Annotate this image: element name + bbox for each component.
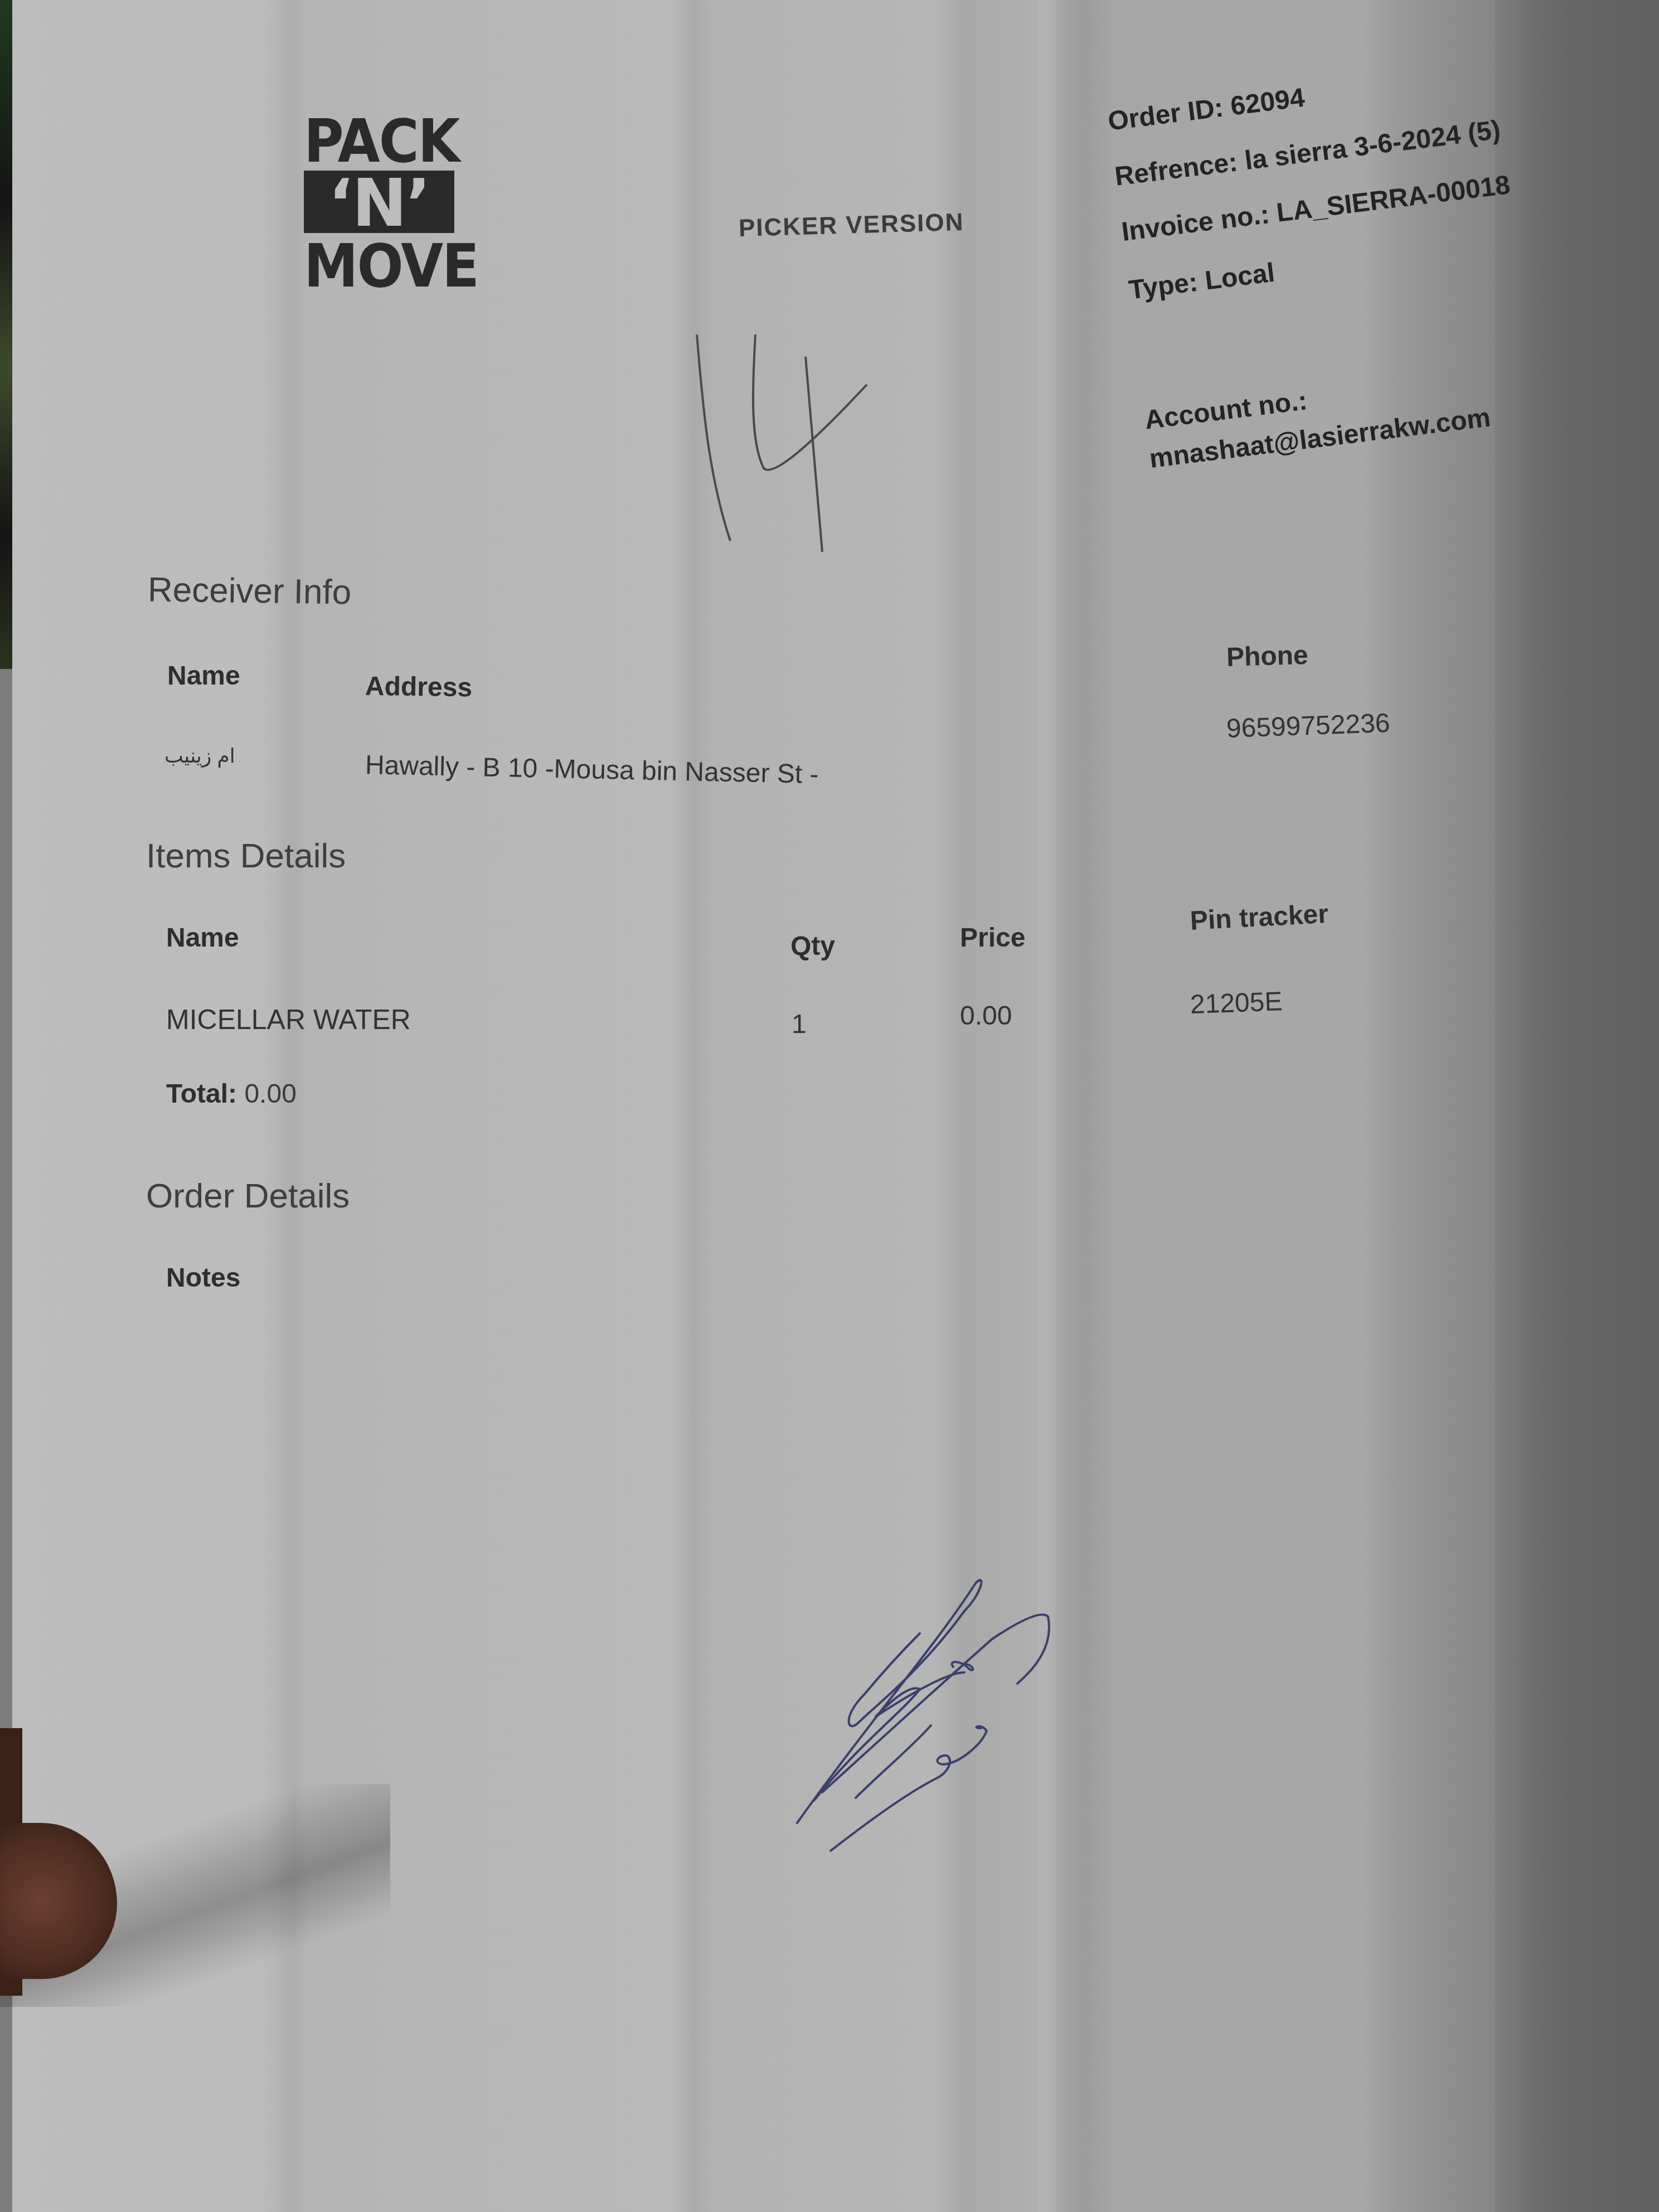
notes-label: Notes bbox=[166, 1263, 240, 1293]
order-details-heading: Order Details bbox=[146, 1176, 350, 1216]
receiver-address-header: Address bbox=[365, 671, 473, 704]
receiver-info-heading: Receiver Info bbox=[148, 570, 352, 612]
logo-line-pack: PACK bbox=[304, 111, 457, 172]
pack-n-move-logo: PACK ‘N’ MOVE bbox=[304, 111, 457, 291]
item-price-header: Price bbox=[960, 923, 1025, 953]
items-details-heading: Items Details bbox=[146, 836, 346, 876]
item-price: 0.00 bbox=[960, 1001, 1012, 1031]
item-name-header: Name bbox=[166, 923, 239, 953]
total-value: 0.00 bbox=[244, 1079, 296, 1109]
receiver-phone: 96599752236 bbox=[1226, 708, 1390, 744]
receiver-name-header: Name bbox=[167, 661, 240, 691]
receiver-name: ام زينيب bbox=[164, 744, 235, 768]
logo-line-n: ‘N’ bbox=[304, 171, 454, 233]
signature bbox=[780, 1561, 1282, 2212]
item-qty: 1 bbox=[792, 1009, 807, 1040]
background-surface bbox=[0, 0, 12, 669]
item-name: MICELLAR WATER bbox=[166, 1003, 411, 1036]
total-label: Total: bbox=[166, 1079, 237, 1109]
item-qty-header: Qty bbox=[790, 931, 835, 962]
item-pin-tracker: 21205E bbox=[1190, 986, 1283, 1020]
handwritten-number-14 bbox=[686, 318, 909, 552]
paper-fold bbox=[1495, 0, 1659, 2212]
receiver-phone-header: Phone bbox=[1226, 640, 1308, 673]
logo-line-move: MOVE bbox=[304, 236, 457, 297]
items-total: Total: 0.00 bbox=[166, 1079, 297, 1109]
